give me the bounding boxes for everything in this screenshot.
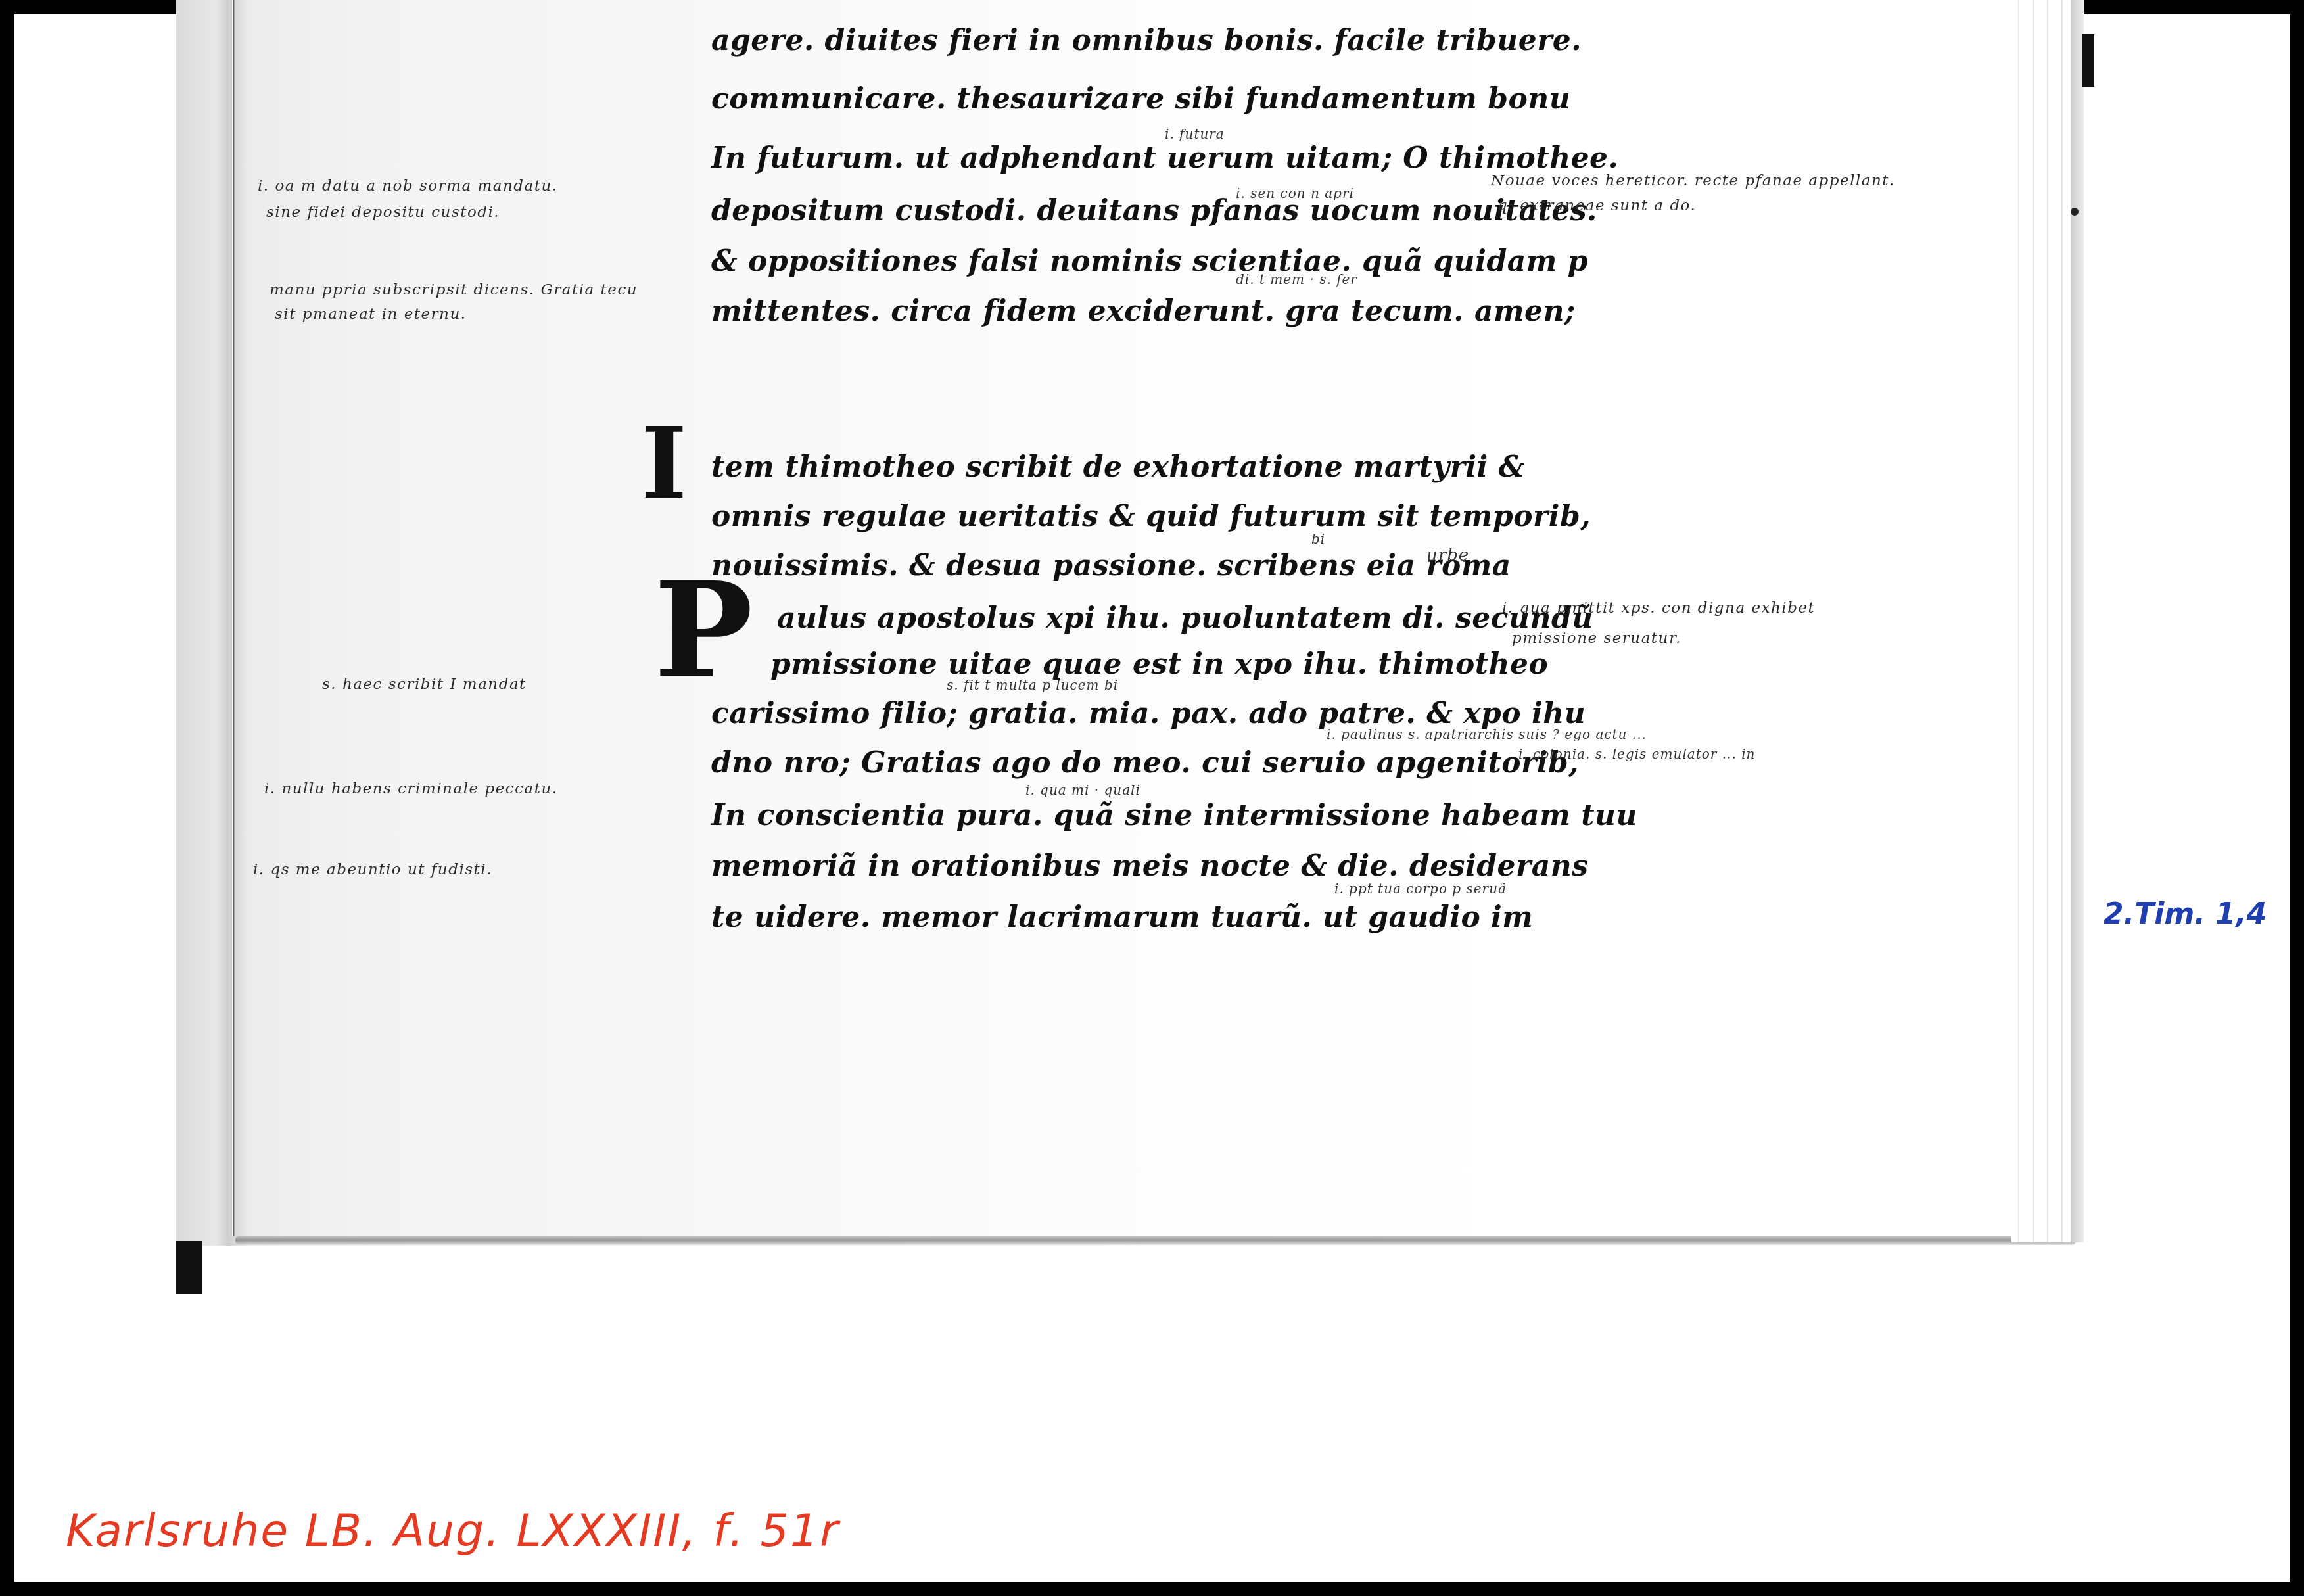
text-line: te uidere. memor lacrimarum tuarũ. ut ga… [711,901,1533,934]
initial-letter-I: I [641,414,687,513]
bookmark-tab [2082,34,2094,87]
text-line: In futurum. ut adphendant uerum uitam; O… [711,141,1618,175]
text-line: carissimo filio; gratia. mia. pax. ado p… [711,697,1586,730]
interlinear-gloss: bi [1311,531,1325,547]
text-line: In conscientia pura. quã sine intermissi… [711,799,1637,832]
text-line: pmissione uitae quae est in xpo ihu. thi… [770,647,1548,681]
left-margin-gloss: sit pmaneat in eternu. [275,306,467,323]
text-line: aulus apostolus xpi ihu. puoluntatem di.… [777,601,1593,635]
text-line: memoriã in orationibus meis nocte & die.… [711,849,1588,883]
ink-dot [2071,208,2079,216]
right-margin-gloss: pmissione seruatur. [1512,630,1681,647]
right-margin-gloss: i. paulinus s. apatriarchis suis ? ego a… [1327,726,1647,742]
right-margin-gloss: q: extraneae sunt a do. [1497,197,1696,214]
text-line: mittentes. circa fidem exciderunt. gra t… [711,294,1576,328]
initial-letter-P: P [654,565,753,697]
interlinear-gloss: i. futura [1165,126,1225,142]
rubric-line: omnis regulae ueritatis & quid futurum s… [711,500,1591,533]
interlinear-gloss: i. qua mi · quali [1025,782,1140,798]
left-margin-gloss: sine fidei depositu custodi. [266,204,500,221]
shelfmark-label: Karlsruhe LB. Aug. LXXXIII, f. 51r [66,1505,839,1557]
text-line: agere. diuites fieri in omnibus bonis. f… [711,24,1582,57]
rubric-line: tem thimotheo scribit de exhortatione ma… [711,450,1525,484]
left-margin-gloss: i. oa m datu a nob sorma mandatu. [258,177,558,195]
bible-reference-annotation: 2.Tim. 1,4 [2104,897,2267,931]
leaf-bottom-edge [235,1236,2076,1245]
left-margin-gloss: i. qs me abeuntio ut fudisti. [253,861,492,878]
text-line: dno nro; Gratias ago do meo. cui seruio … [711,746,1579,780]
interlinear-gloss: di. t mem · s. fer [1236,271,1357,287]
left-margin-gloss: i. nullu habens criminale peccatu. [264,780,558,797]
left-margin-gloss: manu ppria subscripsit dicens. Gratia te… [270,281,638,298]
fore-edge-strip [2071,0,2084,1242]
text-line: communicare. thesaurizare sibi fundament… [711,82,1570,116]
interlinear-gloss: i. ppt tua corpo p seruã [1334,881,1507,897]
page-fore-edge [2011,0,2077,1242]
right-margin-gloss: i. colonia. s. legis emulator ... in [1518,746,1755,762]
rubric-line: nouissimis. & desua passione. scribens e… [711,549,1511,582]
binding-gutter [231,0,235,1236]
interlinear-gloss: s. fit t multa p lucem bi [947,677,1118,693]
interlinear-gloss: urbe [1426,546,1469,565]
right-margin-gloss: i. qua pmittit xps. con digna exhibet [1502,599,1815,617]
text-line: & oppositiones falsi nominis scientiae. … [711,245,1588,278]
text-line: depositum custodi. deuitans pfanas uocum… [711,194,1597,227]
left-margin-gloss: s. haec scribit I mandat [322,676,527,693]
interlinear-gloss: i. sen con n apri [1236,185,1354,201]
right-margin-gloss: Nouae voces hereticor. recte pfanae appe… [1491,172,1895,189]
binding-corner-shadow [176,1241,202,1294]
